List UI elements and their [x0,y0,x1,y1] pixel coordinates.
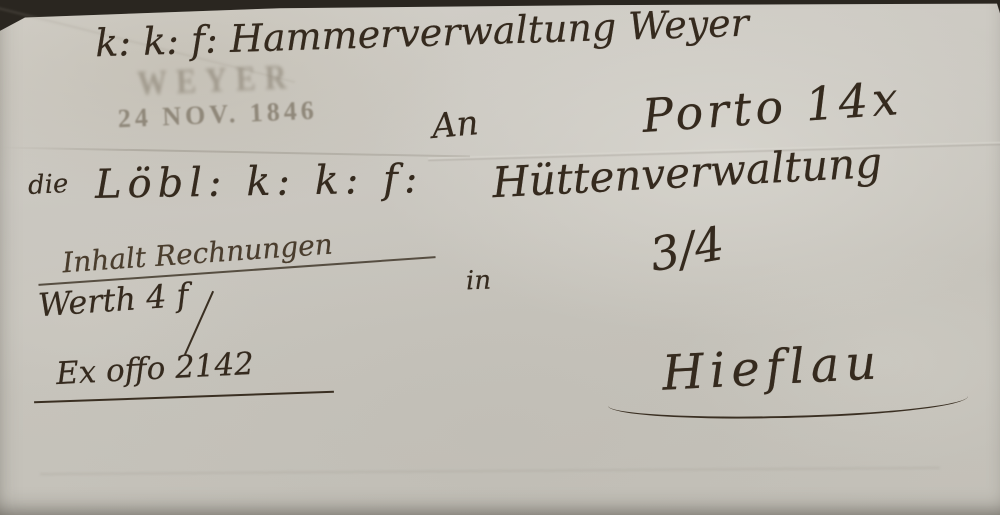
weight-mark: 3/4 [647,220,728,278]
address-an: An [431,106,480,144]
letter-scan: k: k: f: Hammerverwaltung Weyer WEYER 24… [0,0,1000,515]
value-note: Werth 4 f [37,279,189,321]
address-article: die [27,171,69,199]
address-salutation: Löbl: k: k: f: [95,159,424,205]
destination: Hieflau [661,338,883,397]
address-preposition: in [466,268,492,295]
